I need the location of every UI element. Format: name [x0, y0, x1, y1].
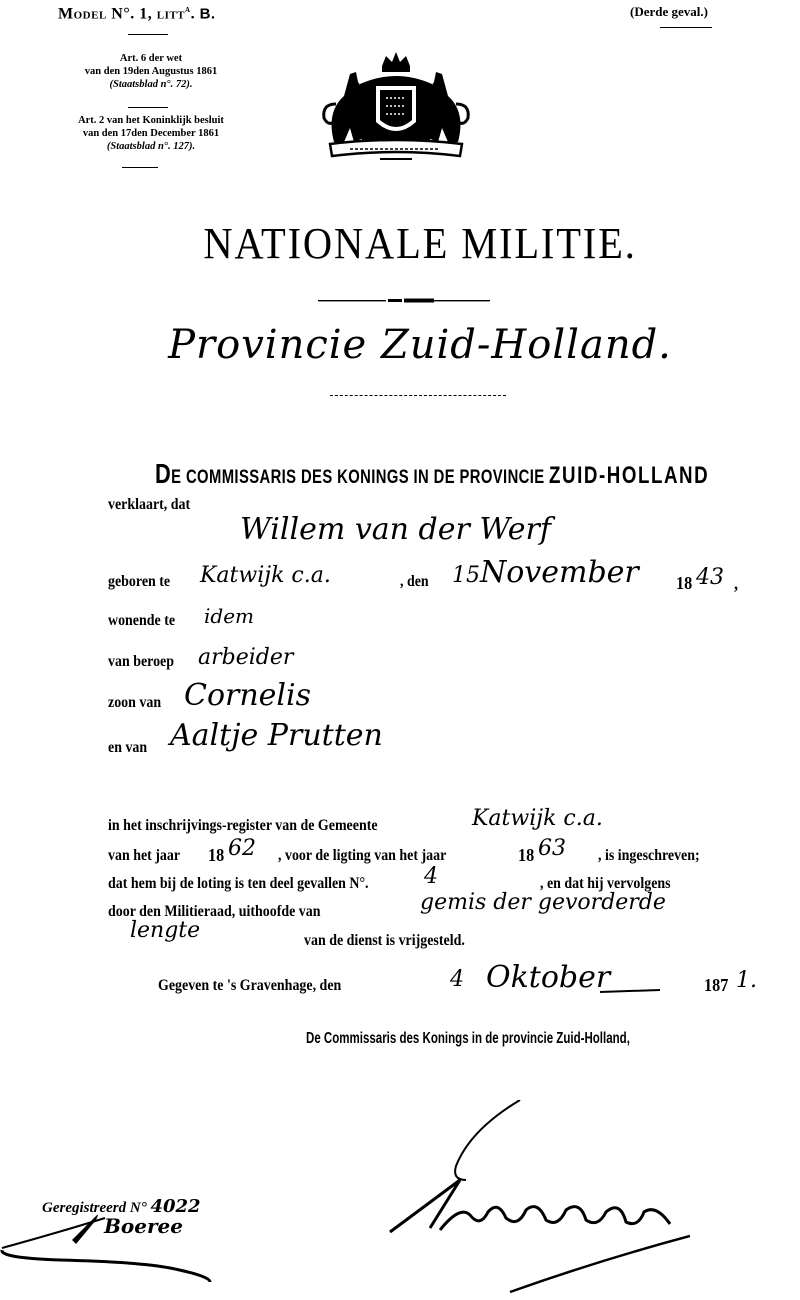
legal-ref-line: (Staatsblad n°. 127).: [46, 140, 256, 153]
lot-label: dat hem bij de loting is ten deel gevall…: [108, 875, 369, 893]
levy-label: , voor de ligting van het jaar: [278, 847, 446, 865]
handwritten-lot-number: 4: [424, 864, 438, 889]
province-text: Provincie Zuid-Holland.: [128, 322, 672, 368]
handwritten-occupation: arbeider: [198, 645, 293, 670]
handwritten-residence: idem: [204, 604, 254, 628]
handwritten-reason: gemis der gevorderde: [420, 890, 666, 915]
clerk-signature: Boeree: [0, 1210, 220, 1290]
handwritten-birthplace: Katwijk c.a.: [200, 563, 331, 588]
coat-of-arms-icon: [320, 52, 472, 164]
handwritten-birth-year: 43: [696, 565, 724, 590]
heading-initial: D: [155, 458, 171, 489]
and-of-label: en van: [108, 739, 147, 757]
handwritten-register-year: 62: [228, 836, 256, 861]
model-letter: B.: [200, 5, 216, 22]
legal-reference-law: Art. 6 der wet van den 19den Augustus 18…: [46, 52, 256, 91]
comma: ,: [734, 573, 738, 594]
clerk-signature-text: Boeree: [104, 1214, 183, 1238]
divider: [128, 107, 168, 108]
date-label: , den: [400, 573, 429, 591]
legal-ref-line: van den 19den Augustus 1861: [46, 65, 256, 78]
closing-title: De Commissaris des Konings in de provinc…: [306, 1030, 630, 1048]
handwritten-register-place: Katwijk c.a.: [472, 806, 603, 831]
year-label: van het jaar: [108, 847, 180, 865]
son-of-label: zoon van: [108, 694, 161, 712]
legal-ref-line: van den 17den December 1861: [46, 127, 256, 140]
legal-ref-line: Art. 2 van het Koninklijk besluit: [46, 114, 256, 127]
year-prefix: 18: [208, 845, 224, 866]
divider: [660, 27, 712, 28]
document-title: NATIONALE MILITIE.: [34, 218, 770, 269]
residing-label: wonende te: [108, 612, 175, 630]
divider: [128, 34, 168, 35]
case-label: (Derde geval.): [630, 4, 708, 20]
model-number: Model N°. 1, litta. B.: [58, 4, 216, 23]
legal-reference-decree: Art. 2 van het Koninklijk besluit van de…: [46, 114, 256, 153]
ornamental-divider: [318, 290, 490, 295]
levy-prefix: 18: [518, 845, 534, 866]
province-title: Provincie Zuid-Holland.: [0, 322, 800, 368]
declares-label: verklaart, dat: [108, 496, 190, 514]
handwritten-birth-day: 15: [452, 563, 480, 588]
birth-year-prefix: 18: [676, 573, 692, 594]
occupation-label: van beroep: [108, 653, 174, 671]
issuer-heading: De commissaris des konings in de provinc…: [155, 458, 709, 490]
handwritten-father: Cornelis: [184, 678, 311, 713]
given-year-prefix: 187: [704, 975, 728, 996]
handwritten-mother: Aaltje Prutten: [170, 718, 383, 753]
legal-ref-line: Art. 6 der wet: [46, 52, 256, 65]
model-label: Model N°. 1, litt: [58, 5, 185, 22]
heading-region: ZUID-HOLLAND: [549, 462, 709, 489]
handwritten-given-month: Oktober: [486, 960, 610, 995]
handwritten-name: Willem van der Werf: [240, 512, 551, 547]
enrolled-label: , is ingeschreven;: [598, 847, 700, 865]
handwritten-birth-month: November: [480, 555, 639, 590]
legal-ref-line: (Staatsblad n°. 72).: [46, 78, 256, 91]
dashed-divider: [330, 395, 506, 399]
register-label: in het inschrijvings-register van de Gem…: [108, 817, 378, 835]
handwritten-given-year: 1.: [736, 968, 757, 993]
handwritten-levy-year: 63: [538, 836, 566, 861]
heading-text: e commissaris des konings in de provinci…: [171, 467, 544, 488]
born-label: geboren te: [108, 573, 170, 591]
given-label: Gegeven te 's Gravenhage, den: [158, 977, 341, 995]
handwritten-reason-continued: lengte: [130, 918, 200, 943]
handwritten-given-day: 4: [450, 967, 464, 992]
divider: [122, 167, 158, 168]
commissioner-signature: [370, 1100, 690, 1300]
title-text: NATIONALE MILITIE.: [167, 218, 637, 269]
exempt-label: van de dienst is vrijgesteld.: [304, 932, 465, 950]
